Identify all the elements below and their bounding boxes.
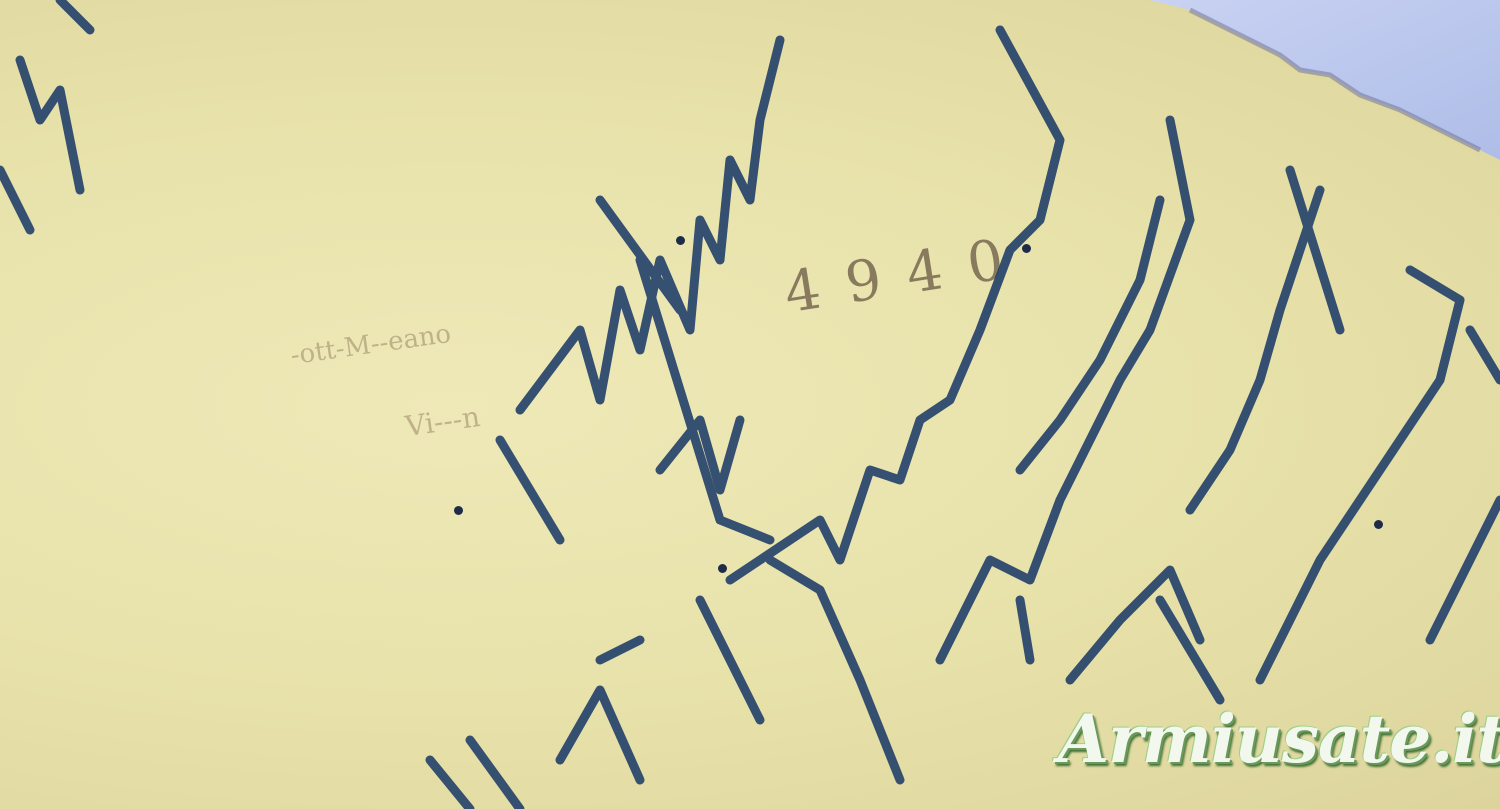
ink-dot (1374, 520, 1383, 529)
watermark-logo: Armiusate.it (1058, 700, 1500, 778)
ink-dot (718, 564, 727, 573)
ink-dot (676, 236, 685, 245)
ink-dot (454, 506, 463, 515)
handwriting-ink (0, 0, 1500, 809)
ink-dot (1022, 244, 1031, 253)
